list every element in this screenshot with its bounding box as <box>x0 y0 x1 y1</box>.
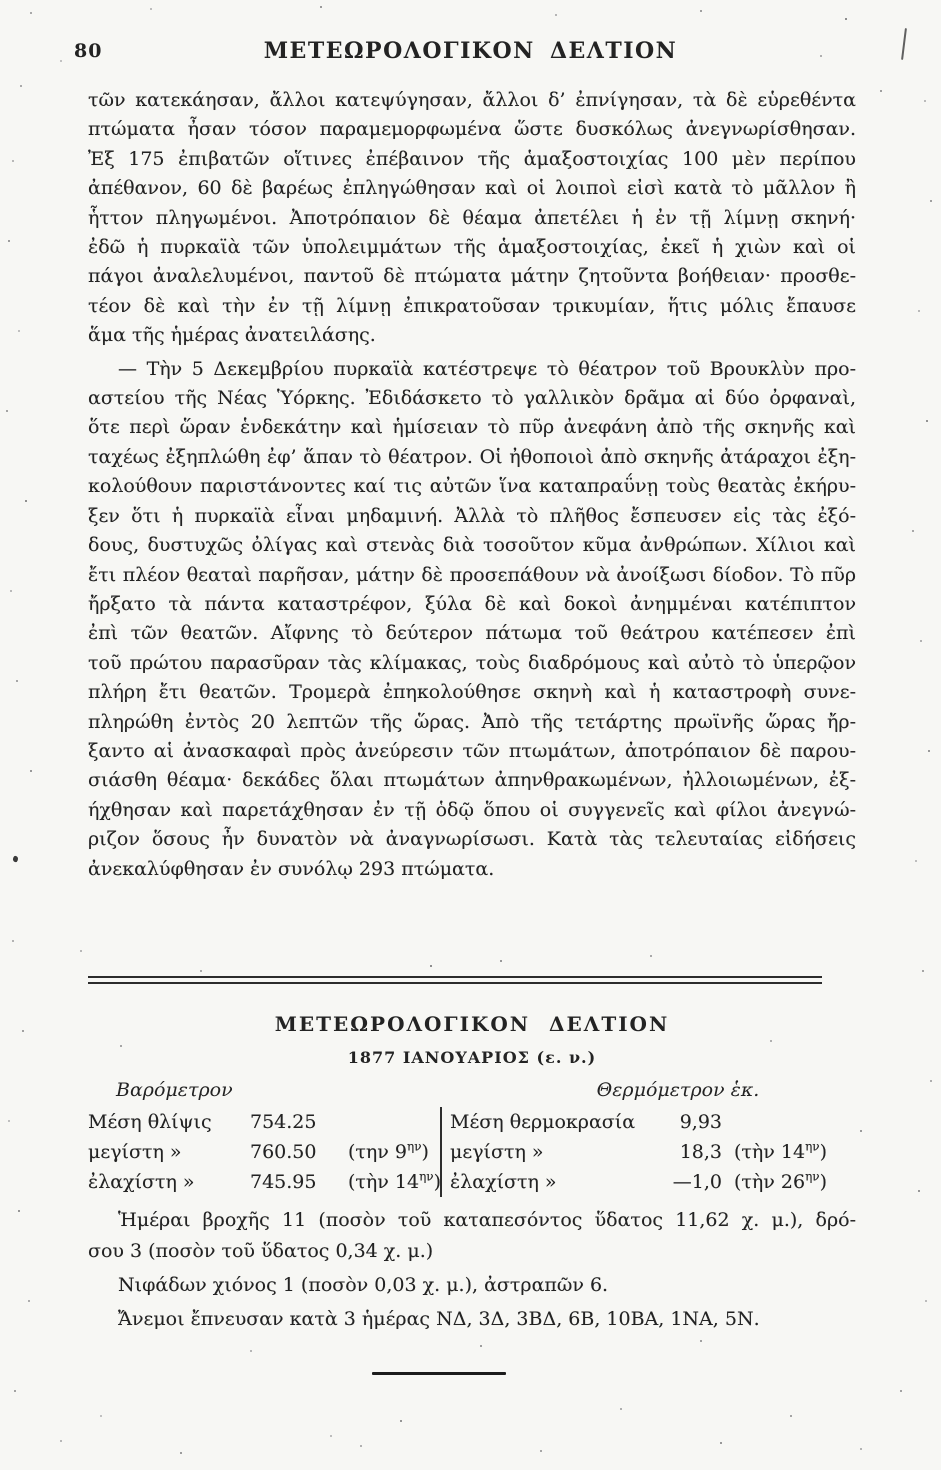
row-note: (τὴν 26ην) <box>734 1171 827 1193</box>
row-value: 754.25 <box>250 1107 336 1137</box>
barometer-row: ἐλαχίστη »745.95(τὴν 14ην) <box>88 1167 440 1197</box>
bulletin-subtitle: 1877 ΙΑΝΟΥΑΡΙΟΣ (ε. ν.) <box>88 1048 856 1067</box>
article-line: αστείου τῆς Νέας Ὑόρκης. Ἐδιδάσκετο τὸ γ… <box>88 384 856 413</box>
snow-note: Νιφάδων χιόνος 1 (ποσὸν 0,03 χ. μ.), ἀστ… <box>88 1270 856 1301</box>
article-line: ἐδῶ ἡ πυρκαϊὰ τῶν ὑπολειμμάτων τῆς ἁμαξο… <box>88 233 856 262</box>
row-value: 760.50 <box>250 1137 336 1167</box>
article-line: πτώματα ἦσαν τόσον παραμεμορφωμένα ὥστε … <box>88 115 856 144</box>
article-line: δους, δυστυχῶς ὀλίγας καὶ στενὰς διὰ τοσ… <box>88 531 856 560</box>
article-line: πάγοι ἀναλελυμένοι, παντοῦ δὲ πτώματα μά… <box>88 262 856 291</box>
article-body: τῶν κατεκάησαν, ἄλλοι κατεψύγησαν, ἄλλοι… <box>88 86 856 884</box>
row-note: (την 9ην) <box>348 1141 429 1163</box>
row-label: ἐλαχίστη » <box>88 1167 250 1197</box>
article-line: σιάσθη θέαμα· δεκάδες ὅλαι πτωμάτων ἀπην… <box>88 766 856 795</box>
thermometer-header: Θερμόμετρον ἑκ. <box>440 1079 856 1101</box>
barometer-row: μεγίστη »760.50(την 9ην) <box>88 1137 440 1167</box>
scan-noise-speckles <box>0 0 2 2</box>
thermometer-row: μεγίστη »18,3(τὴν 14ην) <box>450 1137 856 1167</box>
row-value: 745.95 <box>250 1167 336 1197</box>
article-paragraph-2: — Τὴν 5 Δεκεμβρίου πυρκαϊὰ κατέστρεψε τὸ… <box>88 355 856 884</box>
winds-note: Ἄνεμοι ἔπνευσαν κατὰ 3 ἡμέρας ΝΔ, 3Δ, 3Β… <box>88 1304 856 1335</box>
bulletin-title: ΜΕΤΕΩΡΟΛΟΓΙΚΟΝ ΔΕΛΤΙΟΝ <box>88 1012 856 1036</box>
article-line: ὅτε περὶ ὥραν ἑνδεκάτην καὶ ἡμίσειαν τὸ … <box>88 413 856 442</box>
article-line: τοῦ πρώτου παρασῦραν τὰς κλίμακας, τοὺς … <box>88 649 856 678</box>
ink-blot <box>12 855 19 862</box>
thermometer-row: ἐλαχίστη »—1,0(τὴν 26ην) <box>450 1167 856 1197</box>
rain-note-line1: Ἡμέραι βροχῆς 11 (ποσὸν τοῦ καταπεσόντος… <box>88 1205 856 1236</box>
row-label: ἐλαχίστη » <box>450 1167 646 1197</box>
row-label: Μέση θλίψις <box>88 1107 250 1137</box>
row-note: (τὴν 14ην) <box>734 1141 827 1163</box>
running-title: ΜΕΤΕΩΡΟΛΟΓΙΚΟΝ ΔΕΛΤΙΟΝ <box>0 38 941 64</box>
row-value: —1,0 <box>646 1167 722 1197</box>
barometer-column: Μέση θλίψις754.25 μεγίστη »760.50(την 9η… <box>88 1107 440 1197</box>
thermometer-column: Μέση θερμοκρασία9,93 μεγίστη »18,3(τὴν 1… <box>440 1107 856 1197</box>
article-line: ἔτι πλέον θεαταὶ παρῆσαν, μάτην δὲ προσε… <box>88 561 856 590</box>
row-value: 18,3 <box>646 1137 722 1167</box>
article-line: ἐπὶ τῶν θεατῶν. Αἴφνης τὸ δεύτερον πάτωμ… <box>88 619 856 648</box>
bulletin-section: ΜΕΤΕΩΡΟΛΟΓΙΚΟΝ ΔΕΛΤΙΟΝ 1877 ΙΑΝΟΥΑΡΙΟΣ (… <box>88 1012 856 1335</box>
article-line: ήχθησαν καὶ παρετάχθησαν ἐν τῇ ὁδῷ ὅπου … <box>88 796 856 825</box>
article-line: ξεν ὅτι ἡ πυρκαϊὰ εἶναι μηδαμινή. Ἀλλὰ τ… <box>88 502 856 531</box>
article-line: ταχέως ἐξηπλώθη ἐφ’ ἅπαν τὸ θέατρον. Οἱ … <box>88 443 856 472</box>
article-line: — Τὴν 5 Δεκεμβρίου πυρκαϊὰ κατέστρεψε τὸ… <box>88 355 856 384</box>
row-value: 9,93 <box>646 1107 722 1137</box>
barometer-row: Μέση θλίψις754.25 <box>88 1107 440 1137</box>
article-line: τέον δὲ καὶ τὴν ἐν τῇ λίμνῃ ἐπικρατοῦσαν… <box>88 292 856 321</box>
row-note: (τὴν 14ην) <box>348 1171 441 1193</box>
article-line: Ἐξ 175 ἐπιβατῶν οἵτινες ἐπέβαινον τῆς ἁμ… <box>88 145 856 174</box>
article-paragraph-1: τῶν κατεκάησαν, ἄλλοι κατεψύγησαν, ἄλλοι… <box>88 86 856 351</box>
bulletin-column-headers: Βαρόμετρον Θερμόμετρον ἑκ. <box>88 1079 856 1101</box>
end-of-article-rule <box>372 1372 506 1375</box>
article-line: κολούθουν παριστάνοντες καί τις αὐτῶν ἵν… <box>88 472 856 501</box>
section-divider-rule <box>88 976 822 984</box>
row-label: μεγίστη » <box>450 1137 646 1167</box>
article-line: ἅμα τῆς ἡμέρας ἀνατειλάσης. <box>88 321 856 350</box>
article-line: ἀνεκαλύφθησαν ἐν συνόλῳ 293 πτώματα. <box>88 855 856 884</box>
article-line: πληρώθη ἐντὸς 20 λεπτῶν τῆς ὥρας. Ἀπὸ τῆ… <box>88 708 856 737</box>
article-line: ἀπέθανον, 60 δὲ βαρέως ἐπληγώθησαν καὶ ο… <box>88 174 856 203</box>
bulletin-notes: Ἡμέραι βροχῆς 11 (ποσὸν τοῦ καταπεσόντος… <box>88 1205 856 1335</box>
article-line: ριζον ὅσους ἦν δυνατὸν νὰ ἀναγνωρίσωσι. … <box>88 825 856 854</box>
thermometer-row: Μέση θερμοκρασία9,93 <box>450 1107 856 1137</box>
article-line: ἧττον πληγωμένοι. Ἀποτρόπαιον δὲ θέαμα ἀ… <box>88 204 856 233</box>
row-label: Μέση θερμοκρασία <box>450 1107 646 1137</box>
article-line: πλήρη ἔτι θεατῶν. Τρομερὰ ἐπηκολούθησε σ… <box>88 678 856 707</box>
row-label: μεγίστη » <box>88 1137 250 1167</box>
rain-note-line2: σου 3 (ποσὸν τοῦ ὕδατος 0,34 χ. μ.) <box>88 1236 856 1267</box>
article-line: τῶν κατεκάησαν, ἄλλοι κατεψύγησαν, ἄλλοι… <box>88 86 856 115</box>
bulletin-table: Μέση θλίψις754.25 μεγίστη »760.50(την 9η… <box>88 1107 856 1197</box>
article-line: ἤρξατο τὰ πάντα καταστρέφον, ξύλα δὲ καὶ… <box>88 590 856 619</box>
article-line: ξαντο αἱ ἀνασκαφαὶ πρὸς ἀνεύρεσιν τῶν πτ… <box>88 737 856 766</box>
barometer-header: Βαρόμετρον <box>88 1079 440 1101</box>
scanned-page: 80 ΜΕΤΕΩΡΟΛΟΓΙΚΟΝ ΔΕΛΤΙΟΝ τῶν κατεκάησαν… <box>0 0 941 1470</box>
